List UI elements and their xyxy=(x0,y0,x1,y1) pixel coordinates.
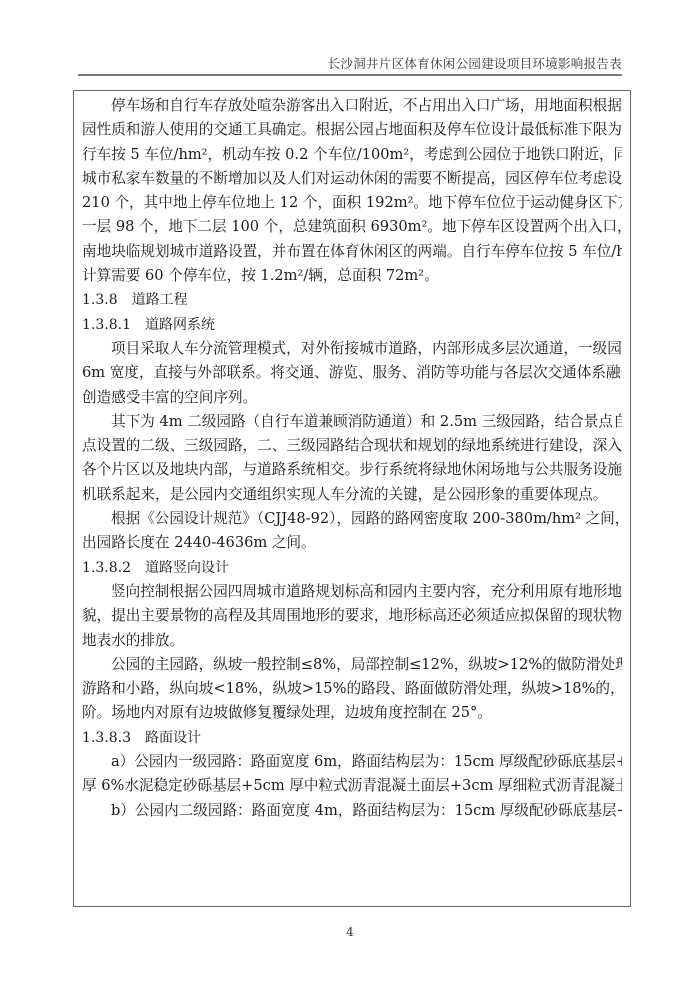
body-text-line: 厚 6%水泥稳定砂砾基层+5cm 厚中粒式沥青混凝土面层+3cm 厚细粒式沥青混… xyxy=(82,774,622,798)
body-text-line: 点设置的二级、三级园路，二、三级园路结合现状和规划的绿地系统进行建设，深入到 xyxy=(82,434,622,458)
body-text-line: 项目采取人车分流管理模式，对外衔接城市道路，内部形成多层次通道，一级园路 xyxy=(82,337,622,361)
body-text-line: 其下为 4m 二级园路（自行车道兼顾消防通道）和 2.5m 三级园路，结合景点自… xyxy=(82,410,622,434)
body-text-line: 出园路长度在 2440-4636m 之间。 xyxy=(82,531,622,555)
body-text-line: 停车场和自行车存放处喧杂游客出入口附近，不占用出入口广场，用地面积根据公 xyxy=(82,94,622,118)
body-text-line: 城市私家车数量的不断增加以及人们对运动休闲的需要不断提高，园区停车位考虑设置 xyxy=(82,167,622,191)
report-content-box: 停车场和自行车存放处喧杂游客出入口附近，不占用出入口广场，用地面积根据公园性质和… xyxy=(73,90,631,907)
header-divider xyxy=(78,74,622,76)
body-text-line: 貌，提出主要景物的高程及其周围地形的要求，地形标高还必须适应拟保留的现状物和 xyxy=(82,604,622,628)
body-text-line: b）公园内二级园路：路面宽度 4m，路面结构层为：15cm 厚级配砂砾底基层+2… xyxy=(82,799,622,823)
section-heading: 1.3.8.3 路面设计 xyxy=(82,726,622,750)
section-heading: 1.3.8.1 道路网系统 xyxy=(82,313,622,337)
body-text-line: 公园的主园路，纵坡一般控制≤8%，局部控制≤12%，纵坡>12%的做防滑处理。次 xyxy=(82,653,622,677)
body-text-line: 行车按 5 车位/hm²，机动车按 0.2 个车位/100m²，考虑到公园位于地… xyxy=(82,143,622,167)
document-header-title: 长沙洞井片区体育休闲公园建设项目环境影响报告表 xyxy=(0,54,622,72)
body-text-line: 竖向控制根据公园四周城市道路规划标高和园内主要内容，充分利用原有地形地 xyxy=(82,580,622,604)
body-text-line: 机联系起来，是公园内交通组织实现人车分流的关键，是公园形象的重要体现点。 xyxy=(82,483,622,507)
body-text-line: 地表水的排放。 xyxy=(82,629,622,653)
body-text-line: 根据《公园设计规范》（CJJ48-92），园路的路网密度取 200-380m/h… xyxy=(82,507,622,531)
section-heading: 1.3.8.2 道路竖向设计 xyxy=(82,556,622,580)
body-text-line: 创造感受丰富的空间序列。 xyxy=(82,386,622,410)
body-text-line: 210 个，其中地上停车位地上 12 个，面积 192m²。地下停车位位于运动健… xyxy=(82,191,622,215)
body-text-line: 阶。场地内对原有边坡做修复覆绿处理，边坡角度控制在 25°。 xyxy=(82,701,622,725)
section-heading: 1.3.8 道路工程 xyxy=(82,288,622,312)
page-number: 4 xyxy=(0,925,700,939)
body-text-line: 一层 98 个，地下二层 100 个，总建筑面积 6930m²。地下停车区设置两… xyxy=(82,215,622,239)
body-text-line: 园性质和游人使用的交通工具确定。根据公园占地面积及停车位设计最低标准下限为自 xyxy=(82,118,622,142)
body-text-line: 6m 宽度，直接与外部联系。将交通、游览、服务、消防等功能与各层次交通体系融合， xyxy=(82,361,622,385)
body-text-line: 各个片区以及地块内部，与道路系统相交。步行系统将绿地休闲场地与公共服务设施有 xyxy=(82,458,622,482)
body-text-line: 南地块临规划城市道路设置，并布置在体育休闲区的两端。自行车停车位按 5 车位/h… xyxy=(82,240,622,264)
body-text-line: 计算需要 60 个停车位，按 1.2m²/辆，总面积 72m²。 xyxy=(82,264,622,288)
body-text-line: a）公园内一级园路：路面宽度 6m，路面结构层为：15cm 厚级配砂砾底基层+2… xyxy=(82,750,622,774)
body-text-line: 游路和小路，纵向坡<18%，纵坡>15%的路段、路面做防滑处理，纵坡>18%的，… xyxy=(82,677,622,701)
